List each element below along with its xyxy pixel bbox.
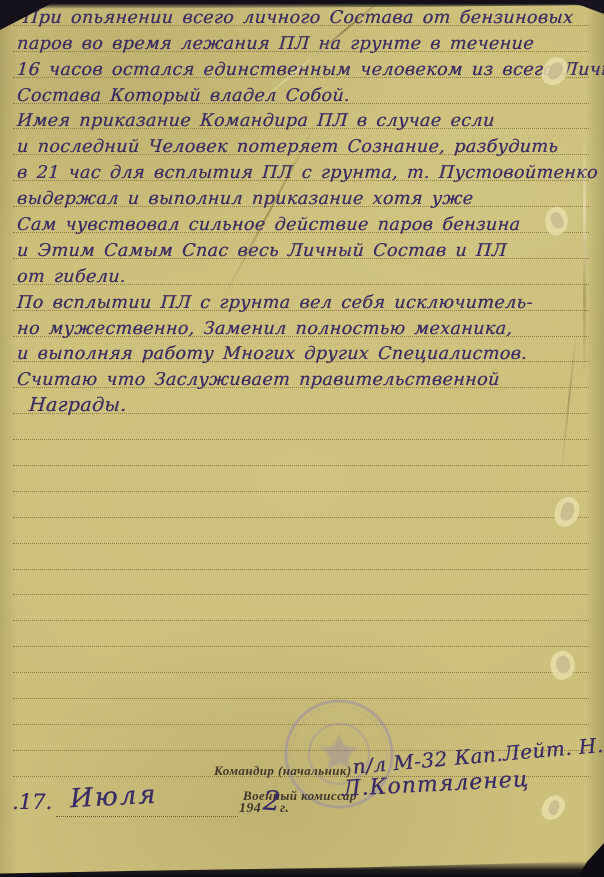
handwritten-text: Имея приказание Командира ПЛ в случае ес…: [16, 111, 495, 131]
ruled-line-empty: [13, 414, 589, 440]
handwritten-text: и выполняя работу Многих других Специали…: [16, 344, 528, 364]
ruled-line-empty: [13, 440, 589, 466]
paper-hole: [546, 799, 561, 817]
ruled-line-empty: [13, 673, 589, 699]
handwritten-text: в 21 час для всплытия ПЛ с грунта, т. Пу…: [16, 163, 598, 183]
year-printed: 194: [239, 801, 261, 817]
paper-hole: [547, 60, 565, 81]
handwritten-line: от гибели.: [13, 259, 589, 285]
ruled-line-empty: [13, 466, 589, 492]
scan-edge-bottom: [0, 861, 604, 877]
handwritten-text: выдержал и выполнил приказание хотя уже: [16, 189, 474, 209]
handwritten-text: 16 часов остался единственным человеком …: [16, 60, 604, 80]
scan-corner-bottom-right: [578, 843, 604, 877]
year-digit-handwritten: 2: [262, 785, 281, 817]
handwritten-line: По всплытии ПЛ с грунта вел себя исключи…: [13, 285, 589, 311]
ruled-line-empty: [13, 492, 589, 518]
handwritten-text: но мужественно, Заменил полностью механи…: [16, 319, 513, 339]
handwritten-text: Состава Который владел Собой.: [16, 86, 350, 106]
handwritten-line: в 21 час для всплытия ПЛ с грунта, т. Пу…: [13, 155, 589, 181]
ruled-lines-area: При опьянении всего личного Состава от б…: [13, 0, 589, 777]
commander-label: Командир (начальник): [214, 763, 352, 779]
ruled-line-empty: [13, 518, 589, 544]
paper-hole: [560, 501, 576, 522]
date-day-handwritten: .17.: [12, 790, 52, 814]
ruled-line-empty: [13, 621, 589, 647]
handwritten-text: По всплытии ПЛ с грунта вел себя исключи…: [16, 293, 533, 313]
handwritten-text: Награды.: [28, 394, 127, 416]
handwritten-line: паров во время лежания ПЛ на грунте в те…: [13, 26, 589, 52]
date-underline: [56, 794, 238, 817]
handwritten-line: Награды.: [13, 388, 589, 414]
handwritten-line: Имея приказание Командира ПЛ в случае ес…: [13, 104, 589, 130]
handwritten-line: и Этим Самым Спас весь Личный Состав и П…: [13, 233, 589, 259]
scanned-document-page: При опьянении всего личного Состава от б…: [0, 0, 604, 877]
handwritten-line: Сам чувствовал сильное действие паров бе…: [13, 207, 589, 233]
handwritten-text: При опьянении всего личного Состава от б…: [22, 8, 574, 28]
handwritten-text: и последний Человек потеряет Сознание, р…: [16, 137, 559, 157]
handwritten-line: но мужественно, Заменил полностью механи…: [13, 311, 589, 337]
handwritten-line: выдержал и выполнил приказание хотя уже: [13, 181, 589, 207]
handwritten-text: и Этим Самым Спас весь Личный Состав и П…: [16, 241, 507, 261]
handwritten-text: Считаю что Заслуживает правительственной: [16, 370, 500, 390]
handwritten-line: и последний Человек потеряет Сознание, р…: [13, 129, 589, 155]
ruled-line-empty: [13, 595, 589, 621]
handwritten-line: 16 часов остался единственным человеком …: [13, 52, 589, 78]
ruled-line-empty: [13, 647, 589, 673]
year-suffix: г.: [280, 801, 289, 817]
handwritten-line: Состава Который владел Собой.: [13, 78, 589, 104]
handwritten-text: от гибели.: [16, 267, 126, 287]
paper-hole: [554, 654, 573, 675]
paper-hole: [549, 211, 564, 230]
handwritten-text: паров во время лежания ПЛ на грунте в те…: [16, 34, 534, 54]
ruled-line-empty: [13, 570, 589, 596]
ruled-line-empty: [13, 544, 589, 570]
handwritten-text: Сам чувствовал сильное действие паров бе…: [16, 215, 521, 235]
handwritten-line: Считаю что Заслуживает правительственной: [13, 362, 589, 388]
handwritten-line: и выполняя работу Многих других Специали…: [13, 337, 589, 363]
